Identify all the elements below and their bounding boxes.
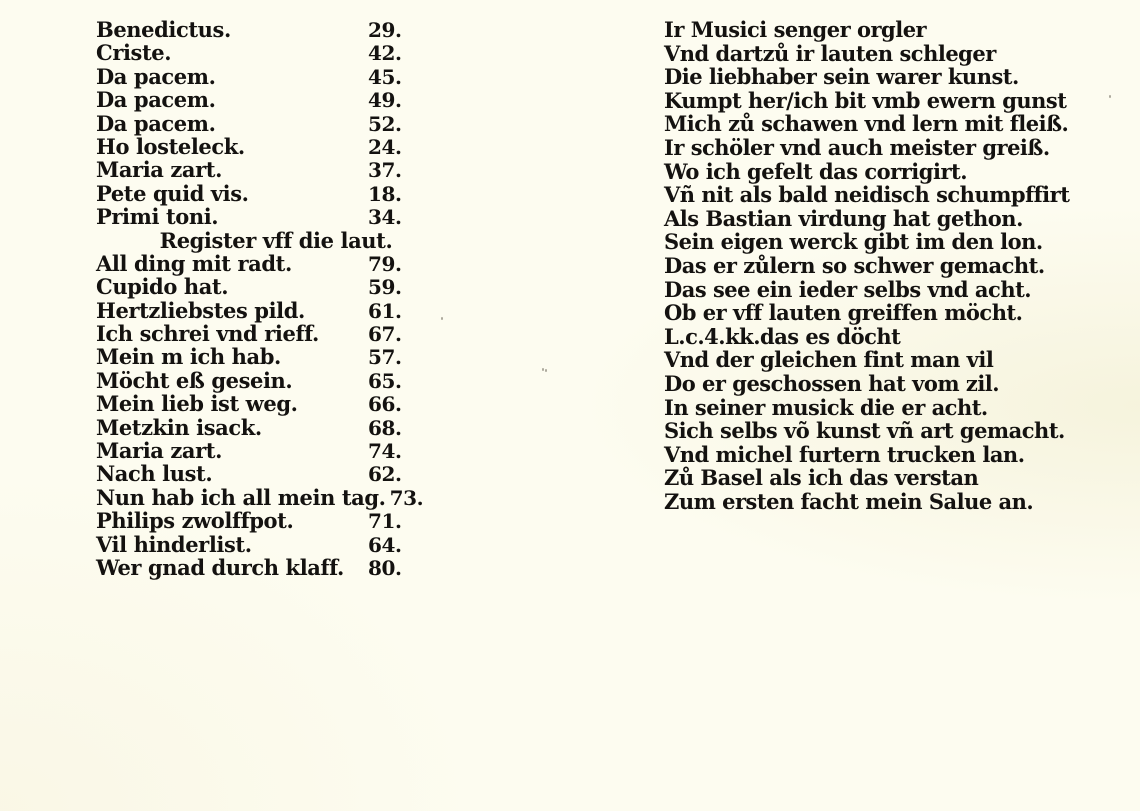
entry-title: Wer gnad durch klaff. — [96, 556, 364, 579]
poem-line: L.c.4.kk.das es döcht — [664, 325, 1064, 349]
poem-line: Als Bastian virdung hat gethon. — [664, 207, 1064, 231]
entry-title: Ho losteleck. — [96, 135, 364, 158]
entry-page-number: 62. — [364, 463, 416, 486]
register-entry: Wer gnad durch klaff. 80. — [96, 556, 416, 579]
entry-title: Cupido hat. — [96, 275, 364, 298]
poem-line: Vnd der gleichen fint man vil — [664, 348, 1064, 372]
poem-line: Sein eigen werck gibt im den lon. — [664, 230, 1064, 254]
entry-page-number: 34. — [364, 206, 416, 229]
poem-line: Zum ersten facht mein Salue an. — [664, 490, 1064, 514]
register-entry: Da pacem. 49. — [96, 88, 416, 111]
register-entry: Maria zart. 37. — [96, 158, 416, 181]
poem-line: Vnd michel furtern trucken lan. — [664, 443, 1064, 467]
entry-title: Maria zart. — [96, 158, 364, 181]
poem-line: Zů Basel als ich das verstan — [664, 466, 1064, 490]
entry-page-number: 65. — [364, 370, 416, 393]
entry-title: Mein lieb ist weg. — [96, 392, 364, 415]
entry-title: Primi toni. — [96, 205, 364, 228]
poem-line: Das er zůlern so schwer gemacht. — [664, 254, 1064, 278]
entry-title: Da pacem. — [96, 65, 364, 88]
entry-page-number: 67. — [364, 323, 416, 346]
poem-line: Mich zů schawen vnd lern mit fleiß. — [664, 112, 1064, 136]
poem-line: Vñ nit als bald neidisch schumpffirt — [664, 183, 1064, 207]
entry-page-number: 37. — [364, 159, 416, 182]
register-entry: Cupido hat. 59. — [96, 275, 416, 298]
entry-title: Benedictus. — [96, 18, 364, 41]
register-entry: Hertzliebstes pild. 61. — [96, 299, 416, 322]
register-entry: Ho losteleck. 24. — [96, 135, 416, 158]
entry-page-number: 61. — [364, 300, 416, 323]
poem-line: Kumpt her/ich bit vmb ewern gunst — [664, 89, 1064, 113]
entry-page-number: 64. — [364, 534, 416, 557]
entry-page-number: 18. — [364, 183, 416, 206]
entry-page-number: 45. — [364, 66, 416, 89]
poem-line: Wo ich gefelt das corrigirt. — [664, 160, 1064, 184]
entry-title: Ich schrei vnd rieff. — [96, 322, 364, 345]
register-entry: Mein m ich hab. 57. — [96, 345, 416, 368]
register-entry: Benedictus. 29. — [96, 18, 416, 41]
register-entry: Nach lust. 62. — [96, 462, 416, 485]
entry-title: All ding mit radt. — [96, 252, 364, 275]
entry-page-number: 80. — [364, 557, 416, 580]
register-entry: Vil hinderlist. 64. — [96, 533, 416, 556]
entry-page-number: 29. — [364, 19, 416, 42]
poem-line: Das see ein ieder selbs vnd acht. — [664, 278, 1064, 302]
entry-page-number: 52. — [364, 113, 416, 136]
register-entry: Primi toni. 34. — [96, 205, 416, 228]
poem-line: Ir schöler vnd auch meister greiß. — [664, 136, 1064, 160]
poem-line: In seiner musick die er acht. — [664, 396, 1064, 420]
register-entry: Criste. 42. — [96, 41, 416, 64]
register-entry: Möcht eß gesein. 65. — [96, 369, 416, 392]
entry-title: Maria zart. — [96, 439, 364, 462]
entry-title: Metzkin isack. — [96, 416, 364, 439]
register-entry: Pete quid vis. 18. — [96, 182, 416, 205]
entry-title: Nun hab ich all mein tag. — [96, 486, 386, 509]
paper-speck — [542, 368, 544, 371]
register-entry: Maria zart. 74. — [96, 439, 416, 462]
entry-page-number: 68. — [364, 417, 416, 440]
poem-line: Vnd dartzů ir lauten schleger — [664, 42, 1064, 66]
entry-title: Pete quid vis. — [96, 182, 364, 205]
entry-page-number: 57. — [364, 346, 416, 369]
entry-title: Philips zwolffpot. — [96, 509, 364, 532]
register-entry: Da pacem. 52. — [96, 112, 416, 135]
entry-title: Vil hinderlist. — [96, 533, 364, 556]
entry-title: Da pacem. — [96, 112, 364, 135]
entry-page-number: 74. — [364, 440, 416, 463]
poem-line: Ob er vff lauten greiffen möcht. — [664, 301, 1064, 325]
entry-title: Da pacem. — [96, 88, 364, 111]
register-entry: Mein lieb ist weg. 66. — [96, 392, 416, 415]
paper-speck — [545, 369, 547, 372]
entry-title: Hertzliebstes pild. — [96, 299, 364, 322]
entry-page-number: 66. — [364, 393, 416, 416]
entry-page-number: 49. — [364, 89, 416, 112]
paper-speck — [1109, 95, 1111, 98]
entry-title: Nach lust. — [96, 462, 364, 485]
register-entry: Da pacem. 45. — [96, 65, 416, 88]
poem-line: Do er geschossen hat vom zil. — [664, 372, 1064, 396]
entry-page-number: 73. — [386, 487, 424, 510]
closing-poem: Ir Musici senger orgler Vnd dartzů ir la… — [664, 18, 1064, 513]
entry-title: Criste. — [96, 41, 364, 64]
entry-page-number: 79. — [364, 253, 416, 276]
entry-page-number: 24. — [364, 136, 416, 159]
paper-speck — [441, 317, 443, 320]
register-entry: Ich schrei vnd rieff. 67. — [96, 322, 416, 345]
poem-line: Ir Musici senger orgler — [664, 18, 1064, 42]
register-entry: All ding mit radt. 79. — [96, 252, 416, 275]
entry-title: Mein m ich hab. — [96, 345, 364, 368]
entry-page-number: 71. — [364, 510, 416, 533]
poem-line: Sich selbs võ kunst vñ art gemacht. — [664, 419, 1064, 443]
poem-line: Die liebhaber sein warer kunst. — [664, 65, 1064, 89]
entry-page-number: 59. — [364, 276, 416, 299]
register-entry: Nun hab ich all mein tag. 73. — [96, 486, 416, 509]
register-entry: Philips zwolffpot. 71. — [96, 509, 416, 532]
song-register: Benedictus. 29. Criste. 42. Da pacem. 45… — [96, 18, 416, 579]
register-section-heading: Register vff die laut. — [96, 229, 416, 252]
register-entry: Metzkin isack. 68. — [96, 416, 416, 439]
entry-title: Möcht eß gesein. — [96, 369, 364, 392]
entry-page-number: 42. — [364, 42, 416, 65]
scanned-page: Benedictus. 29. Criste. 42. Da pacem. 45… — [0, 0, 1140, 811]
